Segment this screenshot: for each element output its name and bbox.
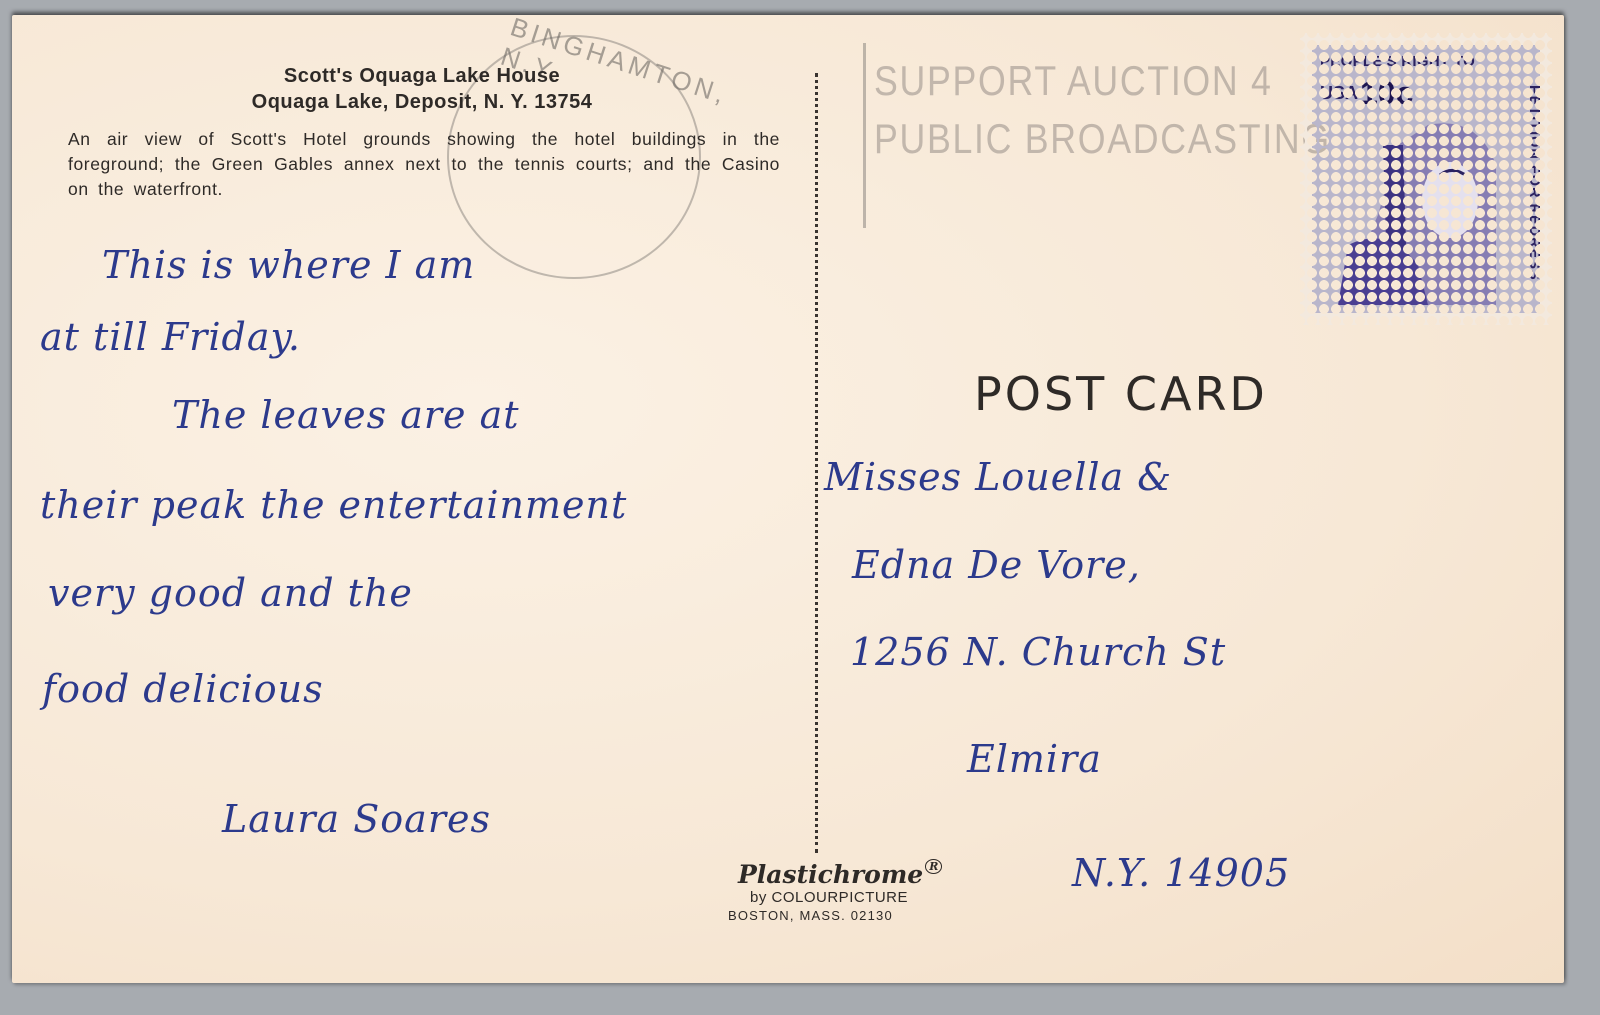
- stamp-face: PEOPLE'S RIGHT TO USA 10c PETITION FOR R…: [1312, 45, 1540, 313]
- caption-subtitle: Oquaga Lake, Deposit, N. Y. 13754: [12, 91, 832, 114]
- message-line: very good and the: [48, 571, 413, 615]
- message-line: their peak the entertainment: [40, 483, 627, 527]
- message-line: This is where I am: [102, 243, 475, 287]
- stamp-statue-icon: [1328, 105, 1508, 305]
- postcard-label: POST CARD: [974, 367, 1268, 421]
- stamp-country: USA: [1320, 83, 1358, 104]
- publisher-imprint: PlastichromeR by COLOURPICTURE BOSTON, M…: [724, 860, 924, 923]
- publisher-city: BOSTON, MASS. 02130: [724, 908, 924, 923]
- message-line: The leaves are at: [172, 393, 520, 437]
- center-divider: [815, 73, 818, 853]
- postcard: BINGHAMTON, N.Y. Scott's Oquaga Lake Hou…: [12, 15, 1564, 983]
- registered-mark-icon: R: [925, 859, 942, 874]
- cancellation-bar: [863, 43, 866, 228]
- cancellation-slogan-line2: PUBLIC BROADCASTING: [874, 115, 1331, 163]
- publisher-by: by COLOURPICTURE: [724, 889, 924, 906]
- message-line: at till Friday.: [40, 315, 301, 359]
- message-line: food delicious: [42, 667, 324, 711]
- stamp-side-text: PETITION FOR REDRESS: [1526, 85, 1542, 281]
- address-line: 1256 N. Church St: [850, 630, 1226, 674]
- address-line: Edna De Vore,: [852, 543, 1141, 587]
- message-signature: Laura Soares: [222, 797, 491, 841]
- address-line: Misses Louella &: [824, 455, 1172, 499]
- caption-description: An air view of Scott's Hotel grounds sho…: [68, 127, 780, 202]
- cancellation-slogan-line1: SUPPORT AUCTION 4: [874, 57, 1273, 105]
- publisher-brand-text: Plastichrome: [738, 860, 923, 889]
- publisher-brand: PlastichromeR: [724, 860, 924, 889]
- address-line: Elmira: [967, 737, 1102, 781]
- address-line: N.Y. 14905: [1072, 851, 1290, 895]
- stamp-top-text: PEOPLE'S RIGHT TO: [1320, 53, 1475, 70]
- postage-stamp: PEOPLE'S RIGHT TO USA 10c PETITION FOR R…: [1300, 33, 1552, 325]
- caption-title: Scott's Oquaga Lake House: [12, 65, 832, 88]
